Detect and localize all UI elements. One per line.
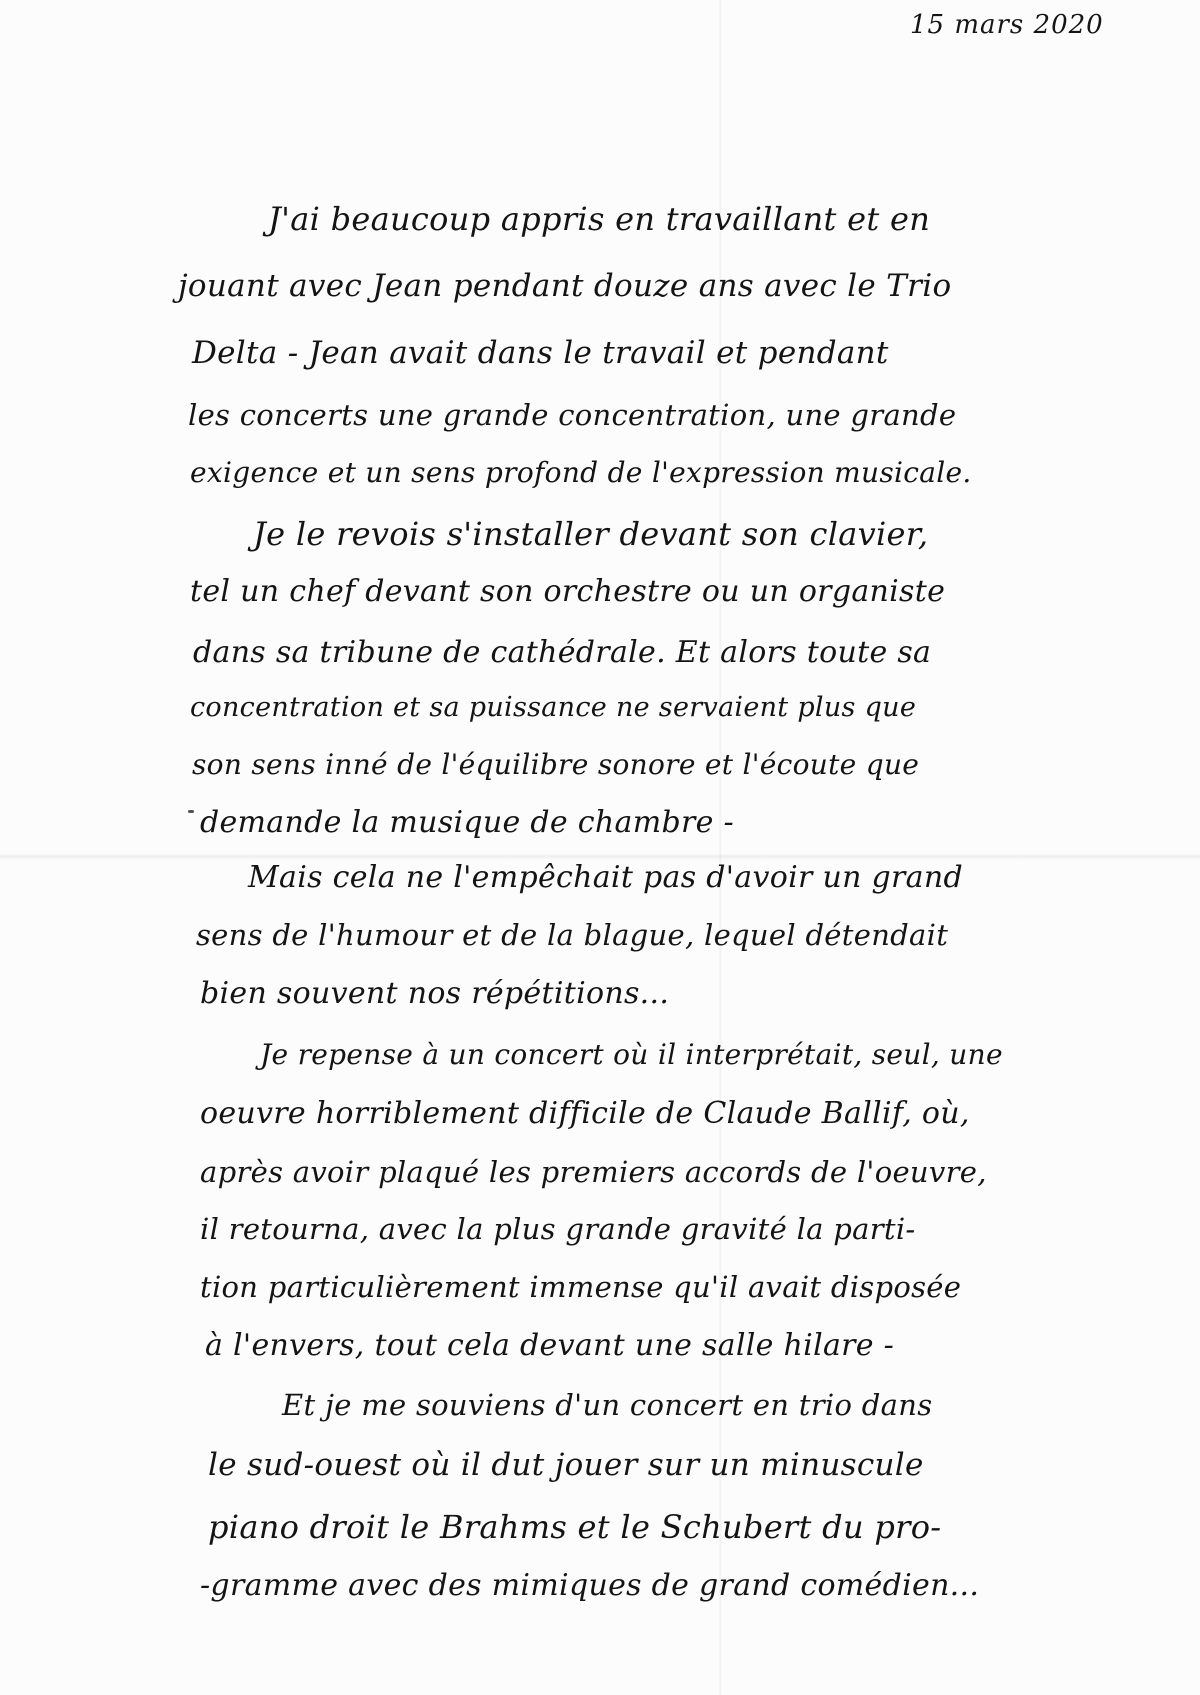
letter-page: 15 mars 2020 J'ai beaucoup appris en tra… xyxy=(0,0,1200,1695)
letter-line: oeuvre horriblement difficile de Claude … xyxy=(200,1096,970,1131)
letter-line: Je repense à un concert où il interpréta… xyxy=(260,1038,1003,1071)
letter-line: J'ai beaucoup appris en travaillant et e… xyxy=(268,200,930,238)
letter-line: tel un chef devant son orchestre ou un o… xyxy=(190,574,945,609)
letter-line: Delta - Jean avait dans le travail et pe… xyxy=(192,335,889,371)
letter-line: jouant avec Jean pendant douze ans avec … xyxy=(178,268,951,304)
letter-line: -gramme avec des mimiques de grand coméd… xyxy=(200,1568,979,1603)
letter-line: Mais cela ne l'empêchait pas d'avoir un … xyxy=(248,860,963,895)
letter-line: le sud-ouest où il dut jouer sur un minu… xyxy=(208,1447,924,1483)
letter-line: les concerts une grande concentration, u… xyxy=(188,398,956,432)
letter-date: 15 mars 2020 xyxy=(910,10,1104,40)
letter-line: piano droit le Brahms et le Schubert du … xyxy=(208,1508,941,1546)
letter-line: sens de l'humour et de la blague, lequel… xyxy=(196,918,948,952)
letter-line: demande la musique de chambre - xyxy=(200,805,734,840)
letter-line: exigence et un sens profond de l'express… xyxy=(190,456,972,489)
ink-speck xyxy=(188,810,194,813)
letter-line: il retourna, avec la plus grande gravité… xyxy=(200,1212,916,1246)
letter-line: à l'envers, tout cela devant une salle h… xyxy=(205,1328,894,1363)
letter-line: bien souvent nos répétitions... xyxy=(200,976,669,1011)
letter-line: après avoir plaqué les premiers accords … xyxy=(200,1155,987,1189)
letter-line: Et je me souviens d'un concert en trio d… xyxy=(282,1388,932,1422)
letter-line: Je le revois s'installer devant son clav… xyxy=(253,515,928,553)
letter-line: concentration et sa puissance ne servaie… xyxy=(190,692,916,723)
letter-line: dans sa tribune de cathédrale. Et alors … xyxy=(193,635,931,670)
letter-line: tion particulièrement immense qu'il avai… xyxy=(200,1270,961,1304)
letter-line: son sens inné de l'équilibre sonore et l… xyxy=(192,748,919,781)
